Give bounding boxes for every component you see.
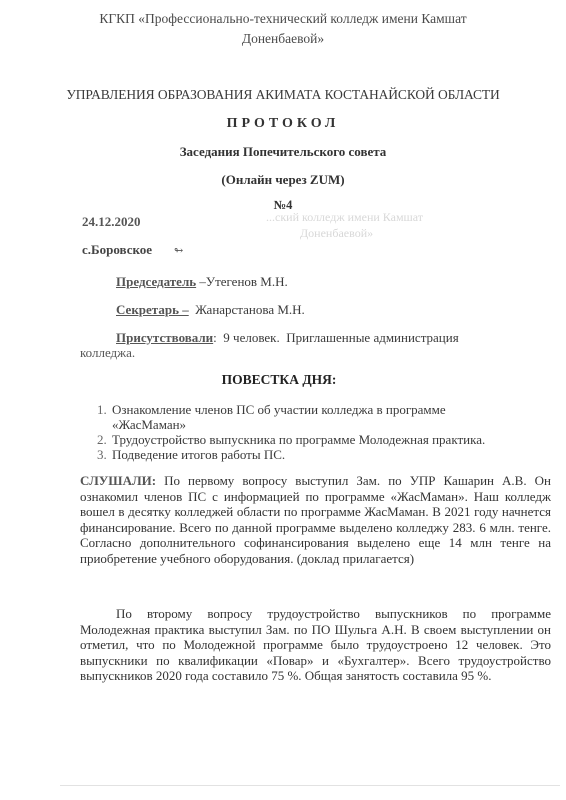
agenda-list: 1. Ознакомление членов ПС об участии кол… <box>112 402 485 462</box>
organization-line-2: Доненбаевой» <box>0 31 566 47</box>
organization-line-1: КГКП «Профессионально-технический коллед… <box>0 11 566 27</box>
document-page: КГКП «Профессионально-технический коллед… <box>0 0 566 800</box>
present-value: : 9 человек. Приглашенные администрация <box>213 330 459 345</box>
meeting-date: 24.12.2020 <box>82 214 141 230</box>
chairman-name: –Утегенов М.Н. <box>196 274 288 289</box>
second-question-paragraph: По второму вопросу трудоустройство выпус… <box>80 606 551 684</box>
secretary-label: Секретарь – <box>116 302 189 317</box>
agenda-item: 1. Ознакомление членов ПС об участии кол… <box>112 402 485 432</box>
heard-label: СЛУШАЛИ: <box>80 473 156 488</box>
agenda-item: 2. Трудоустройство выпускника по програм… <box>112 432 485 447</box>
present-line-cont: колледжа. <box>80 345 135 361</box>
secretary-name: Жанарстанова М.Н. <box>189 302 305 317</box>
scan-mark-icon: ↬ <box>174 244 183 257</box>
heard-paragraph: СЛУШАЛИ: По первому вопросу выступил Зам… <box>80 473 551 567</box>
document-title: ПРОТОКОЛ <box>0 116 566 132</box>
page-edge-divider <box>60 785 560 786</box>
second-question-text: По второму вопросу трудоустройство выпус… <box>80 606 551 683</box>
department-heading: УПРАВЛЕНИЯ ОБРАЗОВАНИЯ АКИМАТА КОСТАНАЙС… <box>0 87 566 103</box>
meeting-format: (Онлайн через ZUM) <box>0 172 566 188</box>
chairman-label: Председатель <box>116 274 196 289</box>
secretary-line: Секретарь – Жанарстанова М.Н. <box>116 302 305 318</box>
bleed-through-text-2: Доненбаевой» <box>300 226 373 241</box>
agenda-heading: ПОВЕСТКА ДНЯ: <box>0 372 562 388</box>
chairman-line: Председатель –Утегенов М.Н. <box>116 274 288 290</box>
agenda-item: 3. Подведение итогов работы ПС. <box>112 447 485 462</box>
present-line: Присутствовали: 9 человек. Приглашенные … <box>116 330 459 346</box>
meeting-place: с.Боровское <box>82 242 152 258</box>
document-subtitle: Заседания Попечительского совета <box>0 144 566 160</box>
present-label: Присутствовали <box>116 330 213 345</box>
bleed-through-text-1: ...ский колледж имени Камшат <box>266 210 423 225</box>
